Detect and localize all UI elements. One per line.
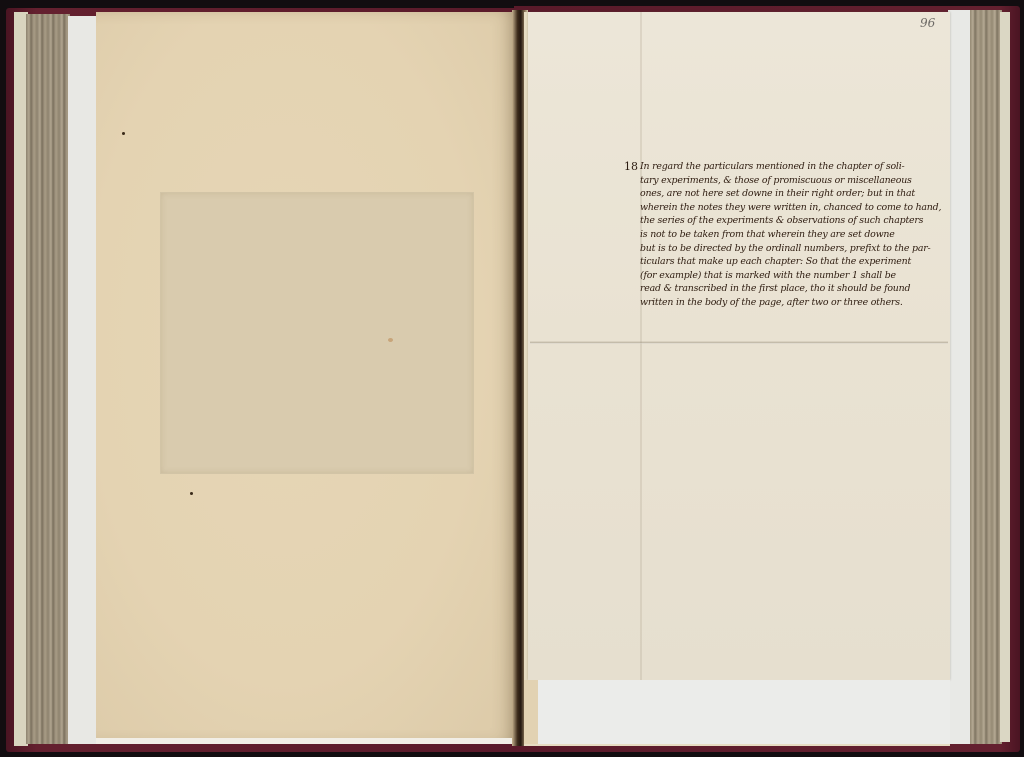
right-flyleaf-edge <box>948 10 972 744</box>
ink-speck <box>190 492 193 495</box>
ink-speck <box>122 132 125 135</box>
leaf-horizontal-fold <box>530 341 948 344</box>
note-line: In regard the particulars mentioned in t… <box>640 160 952 174</box>
note-line: tary experiments, & those of promiscuous… <box>640 174 952 188</box>
mount-paper <box>538 680 950 744</box>
manuscript-leaf <box>528 12 950 680</box>
note-line: ticulars that make up each chapter: So t… <box>640 255 952 269</box>
handwritten-note: In regard the particulars mentioned in t… <box>640 160 952 310</box>
note-line: wherein the notes they were written in, … <box>640 201 952 215</box>
right-page-edges-cream <box>1000 12 1010 742</box>
note-line: is not to be taken from that wherein the… <box>640 228 952 242</box>
leaf-vertical-crease <box>640 12 642 680</box>
note-line: read & transcribed in the first place, t… <box>640 282 952 296</box>
note-number: 18 <box>624 160 638 173</box>
note-line: but is to be directed by the ordinall nu… <box>640 242 952 256</box>
plate-mark <box>160 192 474 474</box>
note-line: (for example) that is marked with the nu… <box>640 269 952 283</box>
left-page-edges-stack <box>26 14 70 744</box>
note-line: the series of the experiments & observat… <box>640 214 952 228</box>
folio-number: 96 <box>920 16 935 30</box>
foxing-spot <box>388 338 393 342</box>
right-page-edges-stack <box>970 10 1002 744</box>
left-page-bottom-edge <box>96 738 516 744</box>
left-flyleaf-edge <box>68 16 98 744</box>
note-line: written in the body of the page, after t… <box>640 296 952 310</box>
note-line: ones, are not here set downe in their ri… <box>640 187 952 201</box>
